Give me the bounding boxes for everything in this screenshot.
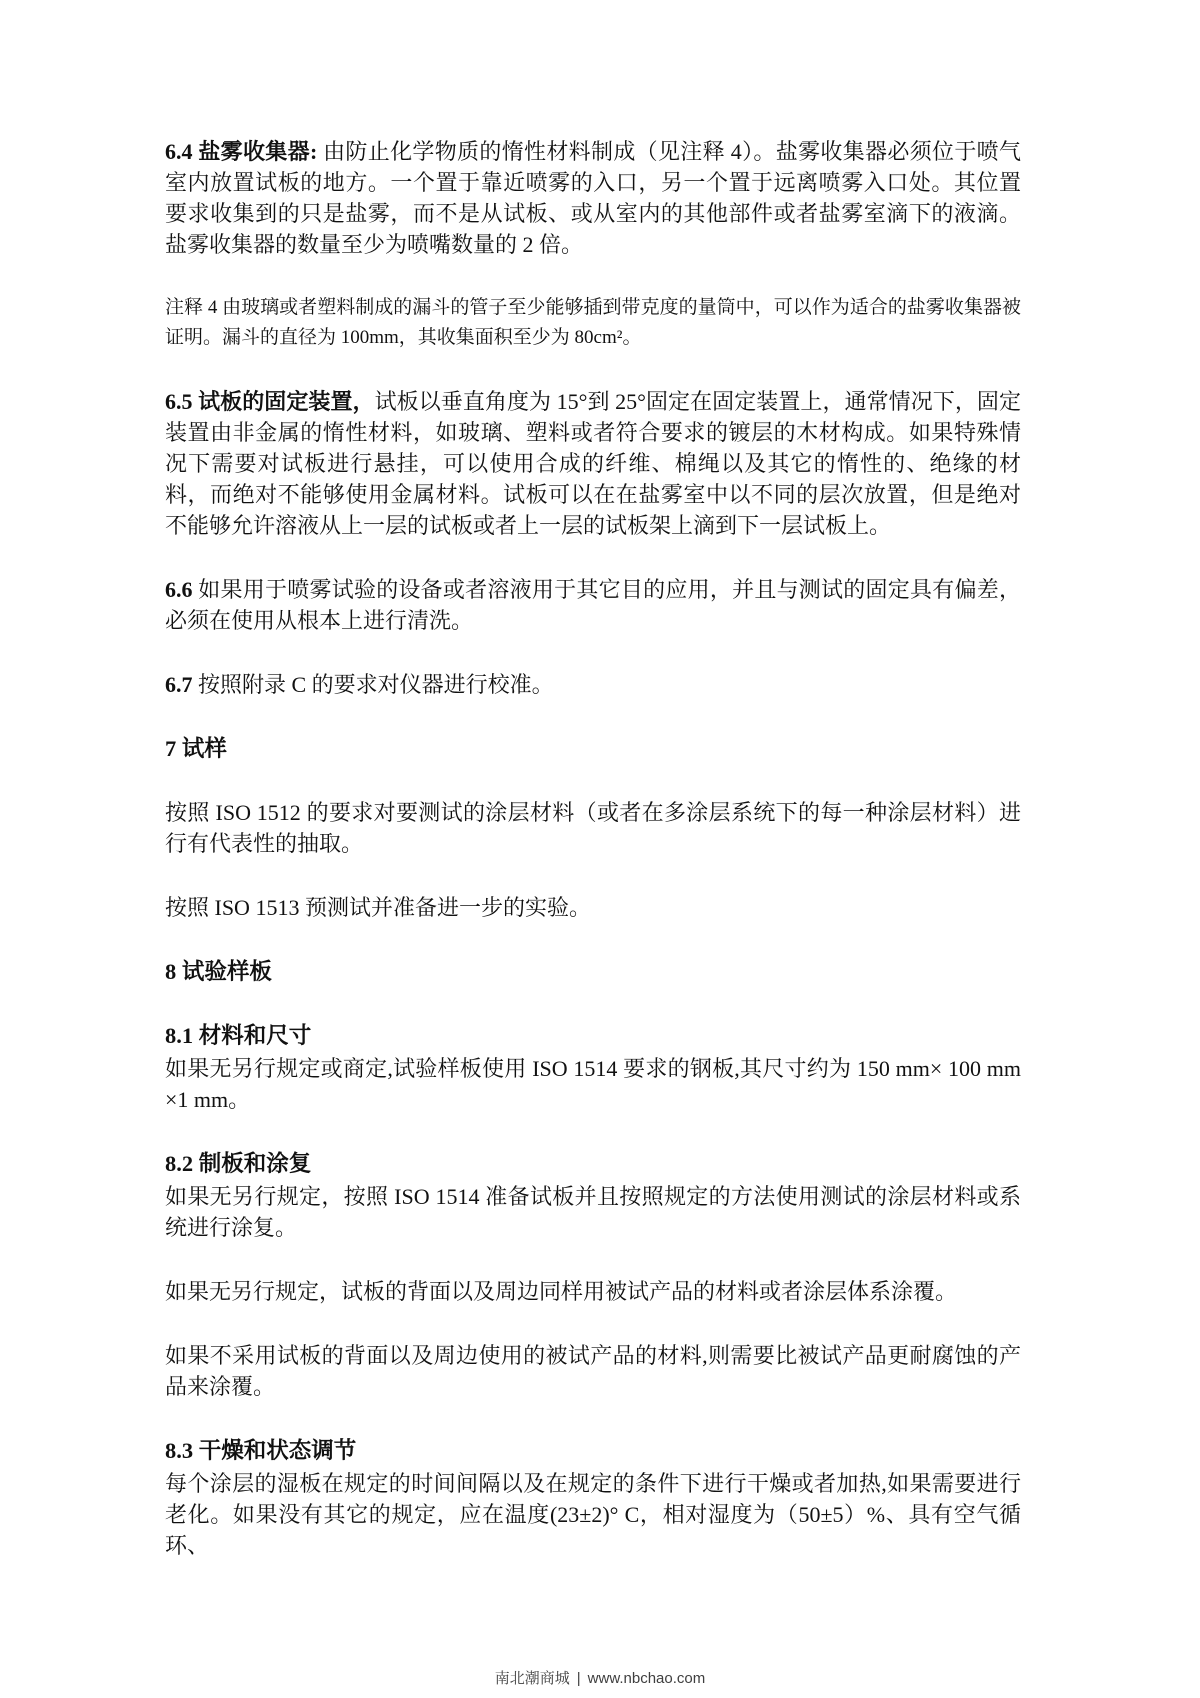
paragraph-6-7: 6.7 按照附录 C 的要求对仪器进行校准。 (165, 669, 1021, 700)
section-heading-8: 8 试验样板 (165, 956, 1021, 987)
section-heading-7: 7 试样 (165, 733, 1021, 764)
subsection-8-1: 8.1 材料和尺寸 如果无另行规定或商定,试验样板使用 ISO 1514 要求的… (165, 1020, 1021, 1115)
paragraph-7-sampling-1: 按照 ISO 1512 的要求对要测试的涂层材料（或者在多涂层系统下的每一种涂层… (165, 797, 1021, 859)
clause-6-6-number: 6.6 (165, 577, 198, 602)
subsection-8-2: 8.2 制板和涂复 如果无另行规定，按照 ISO 1514 准备试板并且按照规定… (165, 1148, 1021, 1243)
footer-brand: 南北潮商城 (495, 1670, 570, 1687)
subsection-heading-8-1: 8.1 材料和尺寸 (165, 1020, 1021, 1051)
paragraph-8-2-c: 如果不采用试板的背面以及周边使用的被试产品的材料,则需要比被试产品更耐腐蚀的产品… (165, 1340, 1021, 1402)
note-4: 注释 4 由玻璃或者塑料制成的漏斗的管子至少能够插到带克度的量筒中，可以作为适合… (165, 293, 1021, 353)
subsection-heading-8-2: 8.2 制板和涂复 (165, 1148, 1021, 1179)
footer-url-link[interactable]: www.nbchao.com (588, 1670, 706, 1687)
paragraph-8-1: 如果无另行规定或商定,试验样板使用 ISO 1514 要求的钢板,其尺寸约为 1… (165, 1053, 1021, 1115)
paragraph-6-4: 6.4 盐雾收集器: 由防止化学物质的惰性材料制成（见注释 4）。盐雾收集器必须… (165, 136, 1021, 260)
paragraph-8-3: 每个涂层的湿板在规定的时间间隔以及在规定的条件下进行干燥或者加热,如果需要进行老… (165, 1468, 1021, 1561)
clause-6-7-text: 按照附录 C 的要求对仪器进行校准。 (198, 672, 554, 697)
paragraph-8-2-b: 如果无另行规定，试板的背面以及周边同样用被试产品的材料或者涂层体系涂覆。 (165, 1276, 1021, 1307)
document-page: 6.4 盐雾收集器: 由防止化学物质的惰性材料制成（见注释 4）。盐雾收集器必须… (0, 0, 1200, 1698)
paragraph-7-sampling-2: 按照 ISO 1513 预测试并准备进一步的实验。 (165, 892, 1021, 923)
footer-separator: | (577, 1670, 581, 1687)
paragraph-6-5: 6.5 试板的固定装置，试板以垂直角度为 15°到 25°固定在固定装置上，通常… (165, 386, 1021, 541)
document-content: 6.4 盐雾收集器: 由防止化学物质的惰性材料制成（见注释 4）。盐雾收集器必须… (165, 136, 1021, 1594)
footer: 南北潮商城|www.nbchao.com (0, 1670, 1200, 1688)
subsection-heading-8-3: 8.3 干燥和状态调节 (165, 1435, 1021, 1466)
clause-6-4-title: 6.4 盐雾收集器: (165, 139, 323, 164)
clause-6-7-number: 6.7 (165, 672, 198, 697)
paragraph-6-6: 6.6 如果用于喷雾试验的设备或者溶液用于其它目的应用，并且与测试的固定具有偏差… (165, 574, 1021, 636)
paragraph-8-2-a: 如果无另行规定，按照 ISO 1514 准备试板并且按照规定的方法使用测试的涂层… (165, 1181, 1021, 1243)
clause-6-5-title: 6.5 试板的固定装置， (165, 389, 375, 414)
subsection-8-3: 8.3 干燥和状态调节 每个涂层的湿板在规定的时间间隔以及在规定的条件下进行干燥… (165, 1435, 1021, 1561)
clause-6-6-text: 如果用于喷雾试验的设备或者溶液用于其它目的应用，并且与测试的固定具有偏差，必须在… (165, 577, 1021, 633)
